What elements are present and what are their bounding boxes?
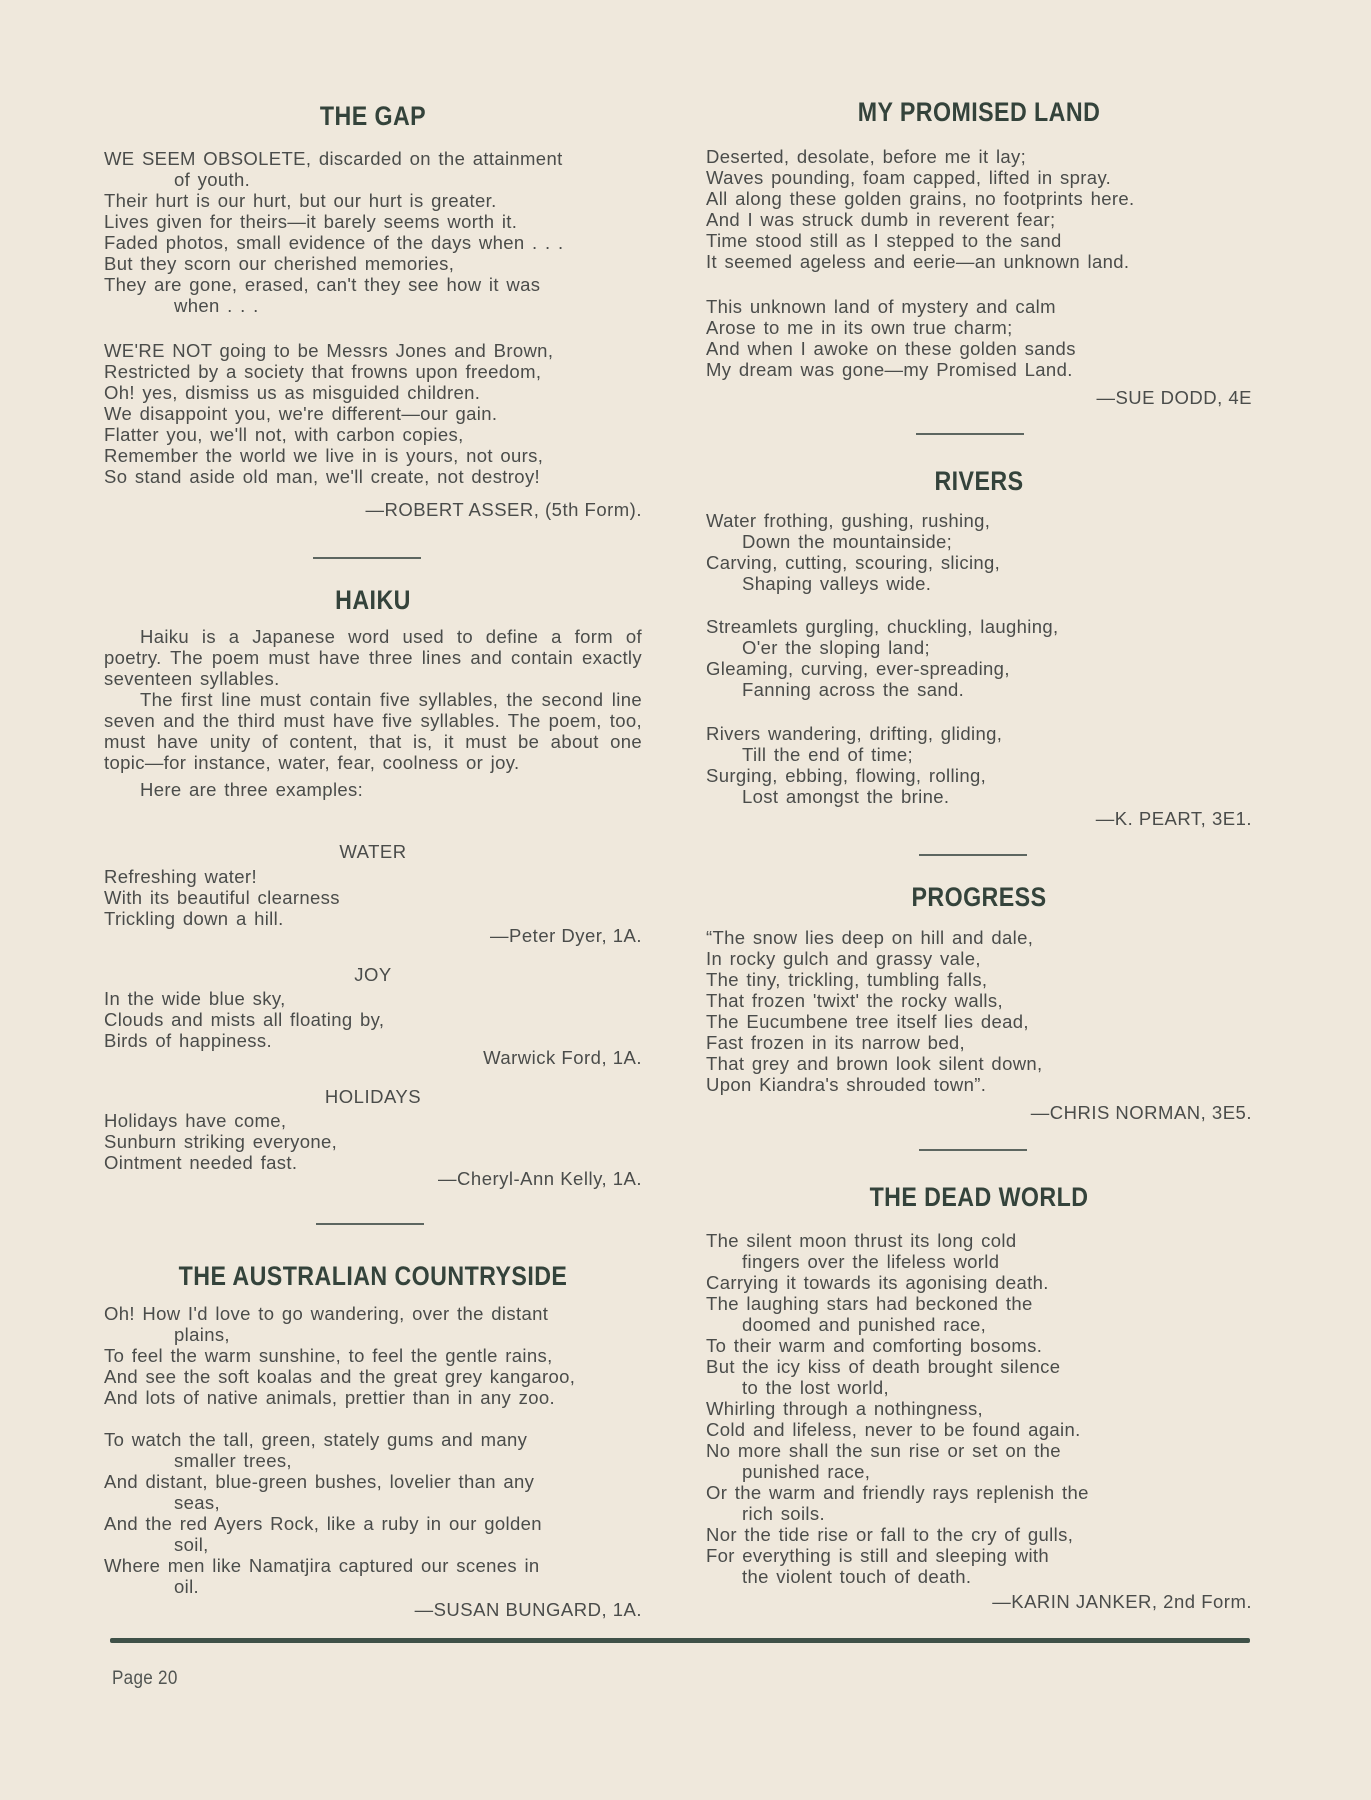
poem-line: Sunburn striking everyone, [104,1131,642,1152]
poem-line: The laughing stars had beckoned the [706,1293,1252,1314]
poem-line: They are gone, erased, can't they see ho… [104,274,642,295]
poem-line: To feel the warm sunshine, to feel the g… [104,1345,642,1366]
poem-line: oil. [104,1576,642,1597]
progress-author: —CHRIS NORMAN, 3E5. [706,1102,1252,1123]
poem-line: It seemed ageless and eerie—an unknown l… [706,251,1252,272]
poem-line: In rocky gulch and grassy vale, [706,948,1252,969]
haiku-intro-paragraph-1: Haiku is a Japanese word used to define … [104,626,642,689]
australian-countryside-author: —SUSAN BUNGARD, 1A. [104,1599,642,1620]
poem-line: Holidays have come, [104,1110,642,1131]
poem-line: With its beautiful clearness [104,887,642,908]
poem-line: To watch the tall, green, stately gums a… [104,1429,642,1450]
poem-line: And when I awoke on these golden sands [706,338,1252,359]
poem-line: Faded photos, small evidence of the days… [104,232,642,253]
page-number: Page 20 [112,1668,178,1690]
poem-line: Cold and lifeless, never to be found aga… [706,1419,1252,1440]
the-dead-world-author: —KARIN JANKER, 2nd Form. [706,1591,1252,1612]
poem-line: And lots of native animals, prettier tha… [104,1387,642,1408]
haiku-joy-title: JOY [104,964,642,985]
haiku-holidays-lines: Holidays have come,Sunburn striking ever… [104,1110,642,1173]
poem-line: Remember the world we live in is yours, … [104,445,642,466]
progress-lines: “The snow lies deep on hill and dale,In … [706,927,1252,1095]
poem-line: of youth. [104,169,642,190]
poem-line: This unknown land of mystery and calm [706,296,1252,317]
my-promised-land-author: —SUE DODD, 4E [706,387,1252,408]
haiku-water-author: —Peter Dyer, 1A. [104,925,642,946]
haiku-intro: Haiku is a Japanese word used to define … [104,626,642,800]
poem-line: Rivers wandering, drifting, gliding, [706,723,1252,744]
poem-line: That frozen 'twixt' the rocky walls, [706,990,1252,1011]
the-gap-author: —ROBERT ASSER, (5th Form). [104,499,642,520]
poem-line: Oh! yes, dismiss us as misguided childre… [104,382,642,403]
poem-line: plains, [104,1324,642,1345]
poem-title-haiku: HAIKU [142,585,605,616]
poem-line: smaller trees, [104,1450,642,1471]
poem-line: Carrying it towards its agonising death. [706,1272,1252,1293]
poem-line: Waves pounding, foam capped, lifted in s… [706,167,1252,188]
footer-rule [110,1638,1250,1643]
poem-line: The silent moon thrust its long cold [706,1230,1252,1251]
section-divider [313,557,421,559]
poem-line: Surging, ebbing, flowing, rolling, [706,765,1252,786]
poem-line: That grey and brown look silent down, [706,1053,1252,1074]
haiku-joy-author: Warwick Ford, 1A. [104,1047,642,1068]
haiku-water-title: WATER [104,841,642,862]
poem-line: All along these golden grains, no footpr… [706,188,1252,209]
poem-line: soil, [104,1534,642,1555]
poem-line: fingers over the lifeless world [706,1251,1252,1272]
poem-line: And see the soft koalas and the great gr… [104,1366,642,1387]
poem-line: O'er the sloping land; [706,637,1252,658]
poem-line: Gleaming, curving, ever-spreading, [706,658,1252,679]
australian-countryside-stanza-2: To watch the tall, green, stately gums a… [104,1429,642,1597]
poem-line: In the wide blue sky, [104,988,642,1009]
poem-line: Restricted by a society that frowns upon… [104,361,642,382]
poem-line: WE SEEM OBSOLETE, discarded on the attai… [104,148,642,169]
poem-line: For everything is still and sleeping wit… [706,1545,1252,1566]
poem-line: Whirling through a nothingness, [706,1398,1252,1419]
poem-line: WE'RE NOT going to be Messrs Jones and B… [104,340,642,361]
poem-line: The tiny, trickling, tumbling falls, [706,969,1252,990]
poem-line: Till the end of time; [706,744,1252,765]
poem-line: Oh! How I'd love to go wandering, over t… [104,1303,642,1324]
poem-line: Flatter you, we'll not, with carbon copi… [104,424,642,445]
poem-line: Water frothing, gushing, rushing, [706,510,1252,531]
poem-line: So stand aside old man, we'll create, no… [104,466,642,487]
australian-countryside-stanza-1: Oh! How I'd love to go wandering, over t… [104,1303,642,1408]
poem-line: Fanning across the sand. [706,679,1252,700]
rivers-author: —K. PEART, 3E1. [706,808,1252,829]
poem-line: And the red Ayers Rock, like a ruby in o… [104,1513,642,1534]
poem-line: Lost amongst the brine. [706,786,1252,807]
poem-line: Shaping valleys wide. [706,573,1252,594]
the-dead-world-lines: The silent moon thrust its long coldfing… [706,1230,1252,1587]
haiku-intro-paragraph-3: Here are three examples: [104,779,642,800]
rivers-stanza-3: Rivers wandering, drifting, gliding,Till… [706,723,1252,807]
poem-line: The Eucumbene tree itself lies dead, [706,1011,1252,1032]
poem-line: the violent touch of death. [706,1566,1252,1587]
poem-title-the-dead-world: THE DEAD WORLD [744,1182,1214,1213]
poem-line: We disappoint you, we're different—our g… [104,403,642,424]
poem-line: rich soils. [706,1503,1252,1524]
poem-line: when . . . [104,295,642,316]
poem-line: doomed and punished race, [706,1314,1252,1335]
the-gap-stanza-1: WE SEEM OBSOLETE, discarded on the attai… [104,148,642,316]
haiku-holidays-title: HOLIDAYS [104,1086,642,1107]
poem-title-my-promised-land: MY PROMISED LAND [744,97,1214,128]
poem-line: Lives given for theirs—it barely seems w… [104,211,642,232]
poem-line: No more shall the sun rise or set on the [706,1440,1252,1461]
poem-line: But they scorn our cherished memories, [104,253,642,274]
poem-line: Clouds and mists all floating by, [104,1009,642,1030]
poem-line: And distant, blue-green bushes, lovelier… [104,1471,642,1492]
haiku-intro-paragraph-2: The first line must contain five syllabl… [104,689,642,773]
poem-line: Fast frozen in its narrow bed, [706,1032,1252,1053]
poem-line: Or the warm and friendly rays replenish … [706,1482,1252,1503]
poem-line: Arose to me in its own true charm; [706,317,1252,338]
poem-line: But the icy kiss of death brought silenc… [706,1356,1252,1377]
poem-line: Refreshing water! [104,866,642,887]
the-gap-stanza-2: WE'RE NOT going to be Messrs Jones and B… [104,340,642,487]
haiku-joy-lines: In the wide blue sky,Clouds and mists al… [104,988,642,1051]
poem-line: Deserted, desolate, before me it lay; [706,146,1252,167]
rivers-stanza-2: Streamlets gurgling, chuckling, laughing… [706,616,1252,700]
rivers-stanza-1: Water frothing, gushing, rushing,Down th… [706,510,1252,594]
section-divider [919,1149,1027,1151]
poem-line: punished race, [706,1461,1252,1482]
poem-line: “The snow lies deep on hill and dale, [706,927,1252,948]
poem-line: Nor the tide rise or fall to the cry of … [706,1524,1252,1545]
poem-title-rivers: RIVERS [744,466,1214,497]
poem-line: Their hurt is our hurt, but our hurt is … [104,190,642,211]
poem-line: Time stood still as I stepped to the san… [706,230,1252,251]
section-divider [916,433,1024,435]
haiku-holidays-author: —Cheryl-Ann Kelly, 1A. [104,1168,642,1189]
haiku-water-lines: Refreshing water!With its beautiful clea… [104,866,642,929]
poem-line: My dream was gone—my Promised Land. [706,359,1252,380]
poem-title-progress: PROGRESS [744,882,1214,913]
poem-line: Upon Kiandra's shrouded town”. [706,1074,1252,1095]
poem-title-the-gap: THE GAP [142,101,605,132]
poem-line: Where men like Namatjira captured our sc… [104,1555,642,1576]
poem-line: To their warm and comforting bosoms. [706,1335,1252,1356]
poem-line: to the lost world, [706,1377,1252,1398]
poem-line: Down the mountainside; [706,531,1252,552]
my-promised-land-stanza-2: This unknown land of mystery and calmAro… [706,296,1252,380]
poem-title-australian-countryside: THE AUSTRALIAN COUNTRYSIDE [142,1261,605,1292]
poem-line: Carving, cutting, scouring, slicing, [706,552,1252,573]
my-promised-land-stanza-1: Deserted, desolate, before me it lay;Wav… [706,146,1252,272]
poem-line: And I was struck dumb in reverent fear; [706,209,1252,230]
section-divider [919,854,1027,856]
poem-line: seas, [104,1492,642,1513]
poem-line: Streamlets gurgling, chuckling, laughing… [706,616,1252,637]
section-divider [316,1223,424,1225]
